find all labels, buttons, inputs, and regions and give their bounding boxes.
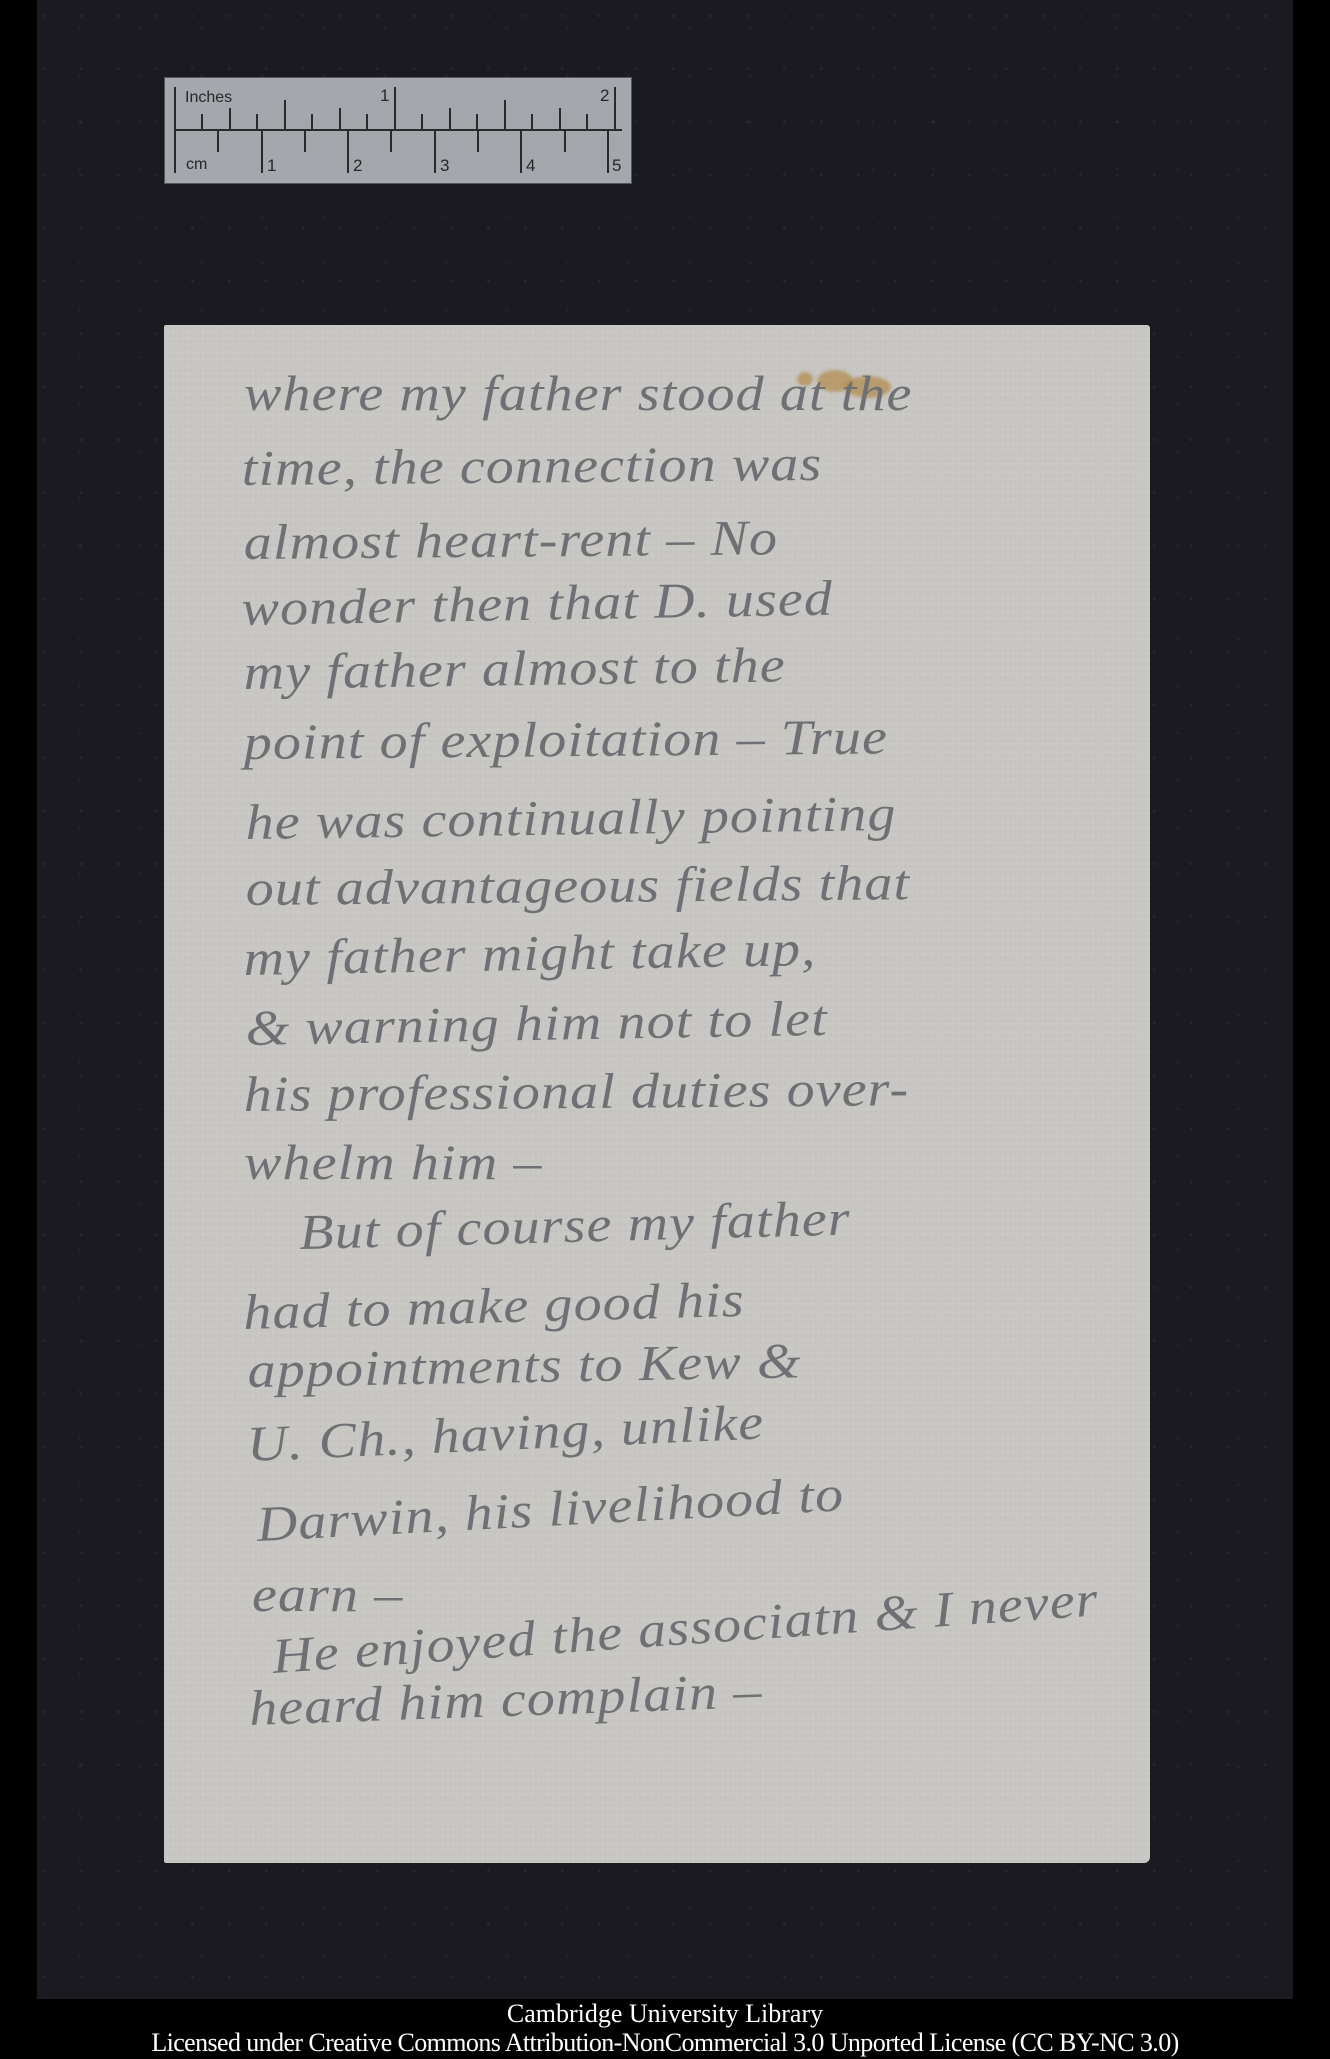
ruler-cm-number: 3	[440, 157, 449, 174]
ruler-cm-number: 5	[612, 157, 621, 174]
manuscript-page: where my father stood at thetime, the co…	[164, 325, 1150, 1863]
manuscript-line: & warning him not to let	[245, 993, 828, 1053]
caption-institution: Cambridge University Library	[0, 2001, 1330, 2027]
inch-tick	[421, 114, 423, 129]
manuscript-line: wonder then that D. used	[241, 573, 833, 633]
inch-tick	[504, 100, 506, 129]
ruler-inches-label: Inches	[185, 90, 232, 106]
inch-tick	[256, 114, 258, 129]
inch-tick	[476, 114, 478, 129]
inch-tick	[449, 108, 451, 129]
ruler-baseline	[174, 129, 622, 131]
scale-ruler: Inches cm 1 2 1 2 3 4 5	[164, 77, 632, 184]
ruler-zero-line	[174, 87, 176, 173]
cm-tick	[347, 131, 349, 173]
manuscript-line: he was continually pointing	[245, 788, 897, 847]
manuscript-line: point of exploitation – True	[244, 711, 889, 767]
manuscript-line: where my father stood at the	[244, 368, 913, 418]
caption-license: Licensed under Creative Commons Attribut…	[0, 2030, 1330, 2056]
inch-tick	[311, 114, 313, 129]
cm-tick	[304, 131, 306, 152]
manuscript-line: my father might take up,	[243, 923, 817, 983]
cm-tick	[261, 131, 263, 173]
inch-tick	[614, 87, 616, 129]
ruler-cm-label: cm	[186, 157, 207, 173]
ruler-inch-number: 1	[380, 87, 389, 104]
cm-tick	[390, 131, 392, 152]
manuscript-line: almost heart-rent – No	[244, 512, 779, 567]
ruler-inch-number: 2	[600, 87, 609, 104]
cm-tick	[520, 131, 522, 173]
cm-tick	[607, 131, 609, 173]
inch-tick	[229, 108, 231, 129]
manuscript-line: had to make good his	[243, 1274, 746, 1337]
inch-tick	[559, 108, 561, 129]
ruler-cm-number: 2	[353, 157, 362, 174]
manuscript-line: Darwin, his livelihood to	[255, 1468, 845, 1549]
inch-tick	[586, 114, 588, 129]
inch-tick	[284, 100, 286, 129]
manuscript-line: earn –	[252, 1569, 403, 1619]
manuscript-line: U. Ch., having, unlike	[246, 1396, 765, 1469]
manuscript-line: my father almost to the	[243, 639, 786, 697]
manuscript-line: appointments to Kew &	[247, 1335, 802, 1395]
cm-tick	[434, 131, 436, 173]
ruler-cm-number: 1	[267, 157, 276, 174]
inch-tick	[201, 114, 203, 129]
manuscript-line: time, the connection was	[242, 438, 823, 493]
inch-tick	[339, 108, 341, 129]
manuscript-line: But of course my father	[299, 1193, 852, 1257]
cm-tick	[564, 131, 566, 152]
cm-tick	[477, 131, 479, 152]
inch-tick	[366, 114, 368, 129]
cm-tick	[217, 131, 219, 152]
inch-tick	[531, 114, 533, 129]
ruler-cm-number: 4	[526, 157, 535, 174]
manuscript-line: out advantageous fields that	[246, 857, 911, 913]
inch-tick	[394, 87, 396, 129]
manuscript-line: his professional duties over-	[244, 1063, 910, 1119]
manuscript-line: whelm him –	[244, 1137, 543, 1187]
